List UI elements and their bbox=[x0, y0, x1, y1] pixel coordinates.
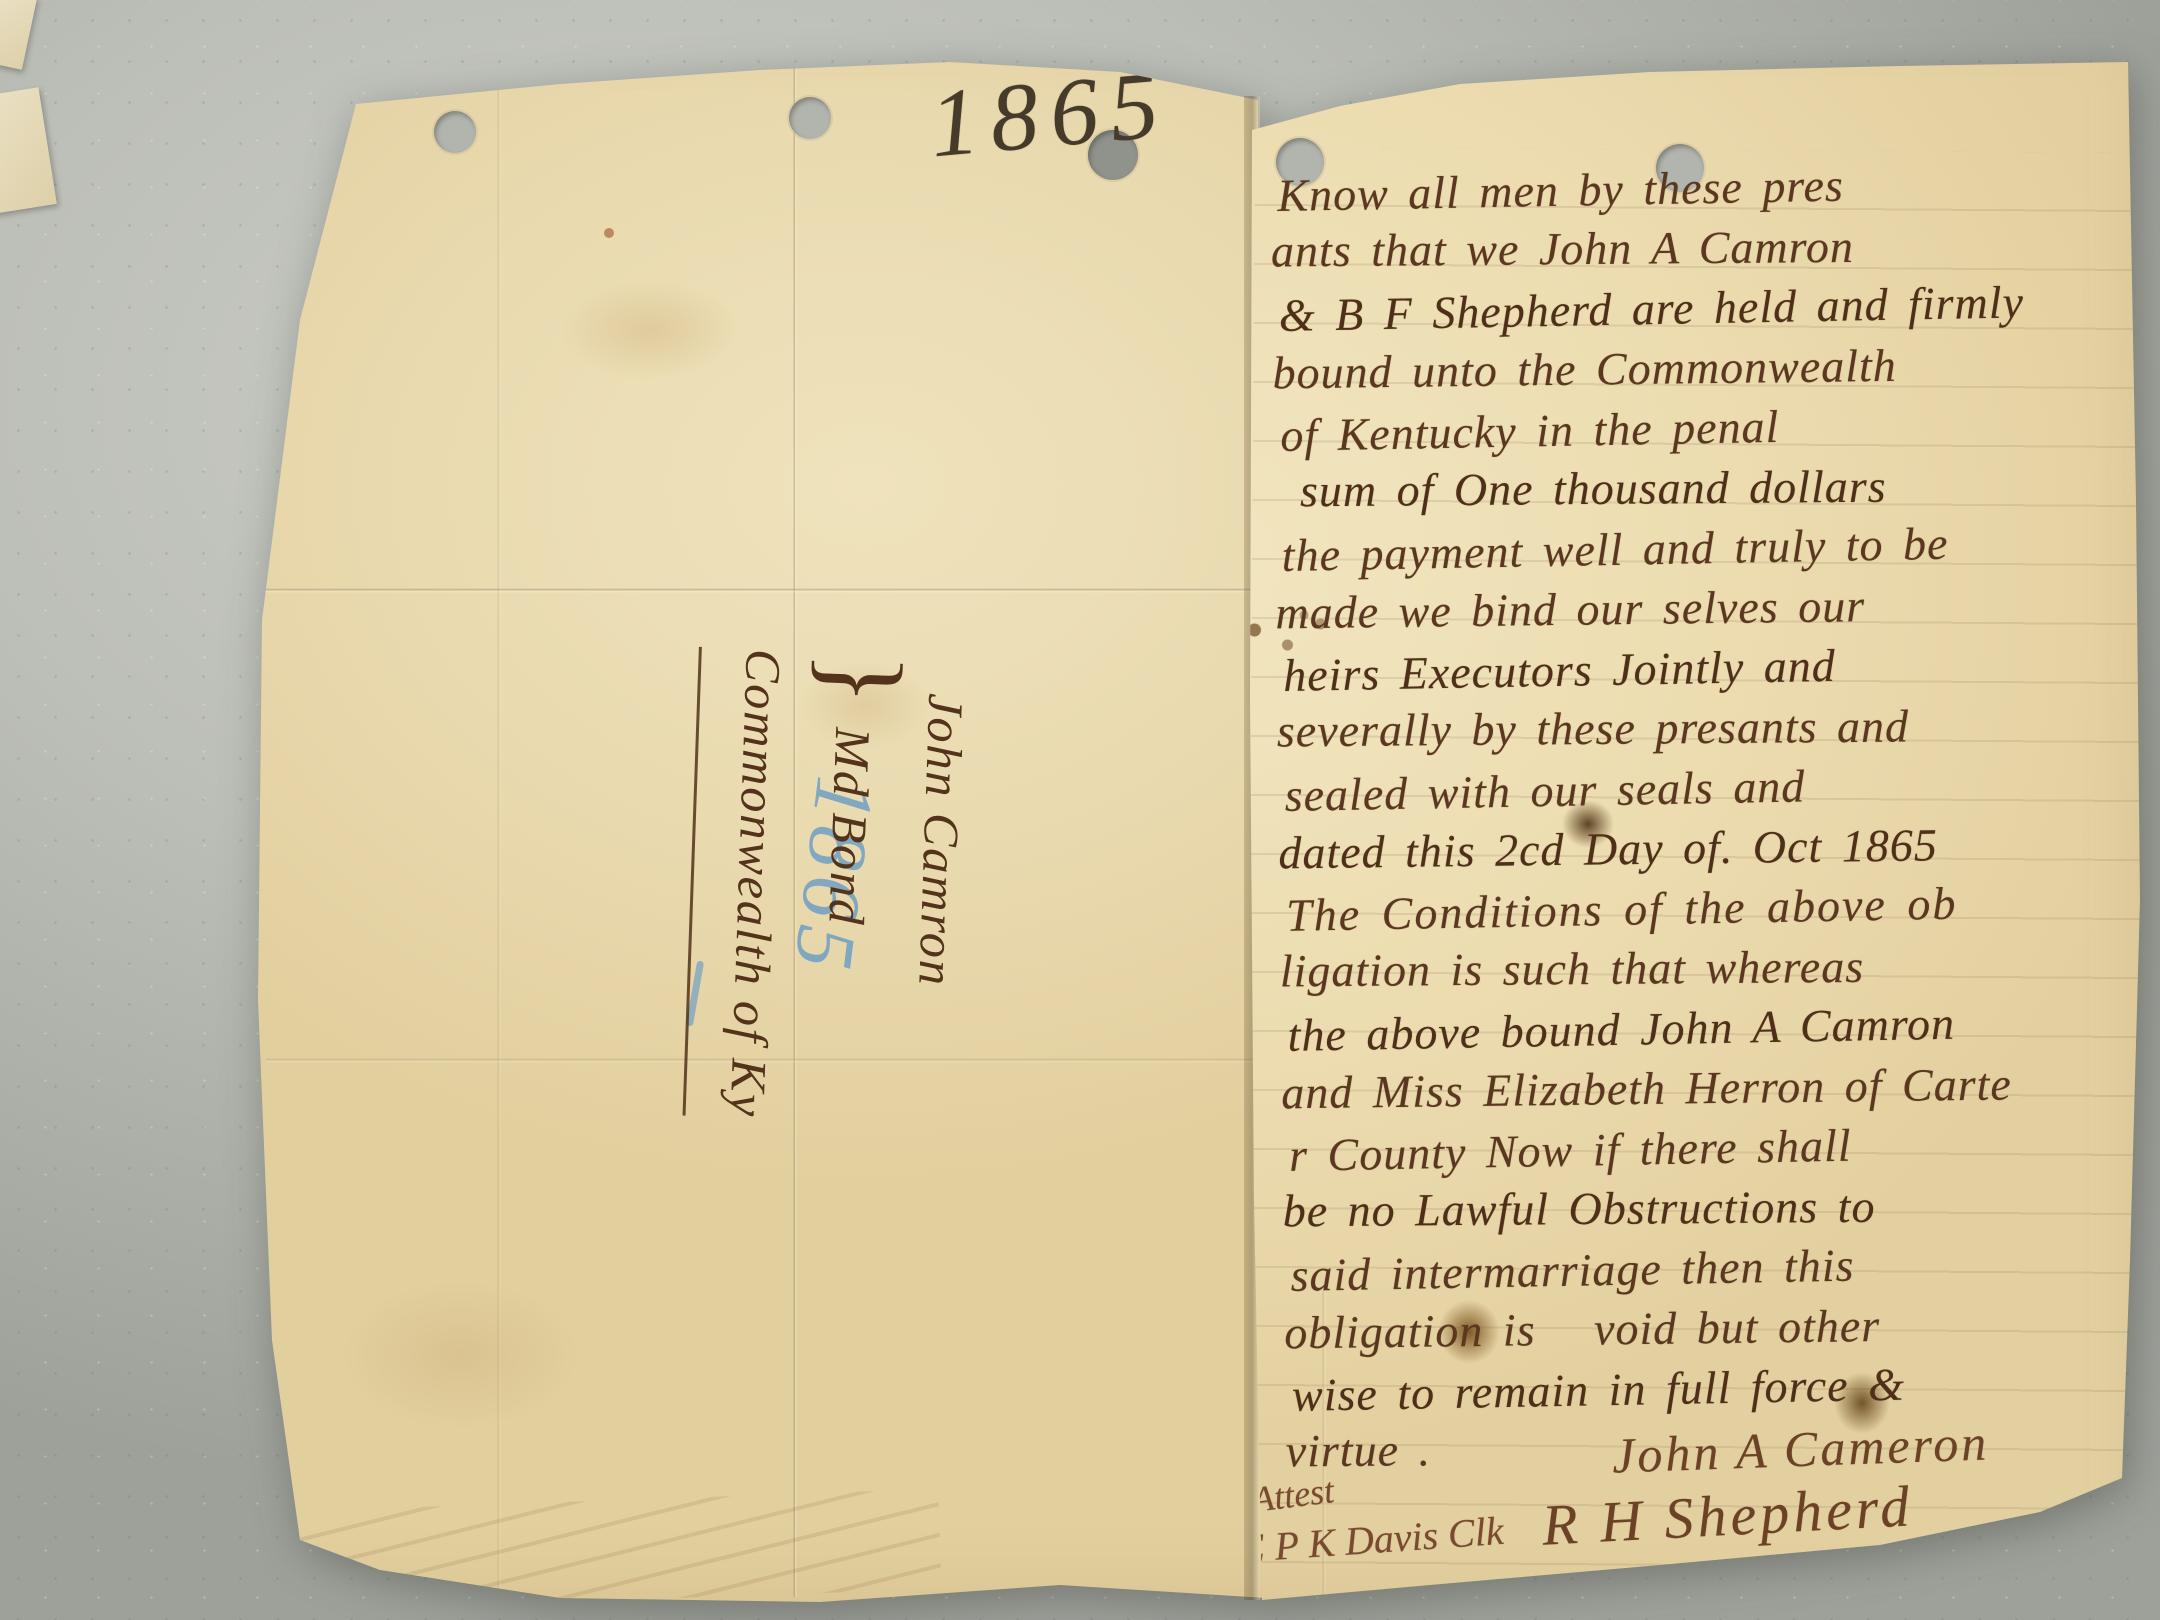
docket-bond-text: Md Bond bbox=[818, 712, 881, 927]
year-annotation-ink: 1865 bbox=[926, 48, 1175, 179]
attest-label: Attest bbox=[1250, 1469, 1336, 1521]
docket-name-text: John Camron bbox=[908, 693, 974, 989]
docket-block: John Camron } Md Bond Commonwealth of Ky bbox=[769, 505, 1090, 1135]
bottom-crinkles bbox=[298, 1489, 941, 1611]
docket-bracket: } bbox=[801, 650, 925, 709]
stain bbox=[560, 280, 740, 380]
signature-shepherd: R H Shepherd bbox=[1541, 1472, 1915, 1558]
docket-name-line: John Camron bbox=[977, 512, 1091, 1135]
vertical-crease-faint bbox=[497, 75, 501, 1595]
handwritten-text-block: Know all men by these presants that we J… bbox=[1270, 153, 2160, 1484]
docket-commonwealth-text: Commonwealth of Ky bbox=[683, 647, 810, 1120]
punch-hole bbox=[434, 111, 476, 153]
punch-hole bbox=[789, 97, 831, 139]
stain bbox=[340, 1280, 580, 1430]
document: 1865 1865 John Camron } Md Bond Commonwe… bbox=[0, 0, 2160, 1620]
photograph-of-marriage-bond: 1865 1865 John Camron } Md Bond Commonwe… bbox=[0, 0, 2160, 1620]
red-speck bbox=[604, 228, 614, 238]
handwritten-line: Know all men by these pres bbox=[1277, 150, 2158, 226]
